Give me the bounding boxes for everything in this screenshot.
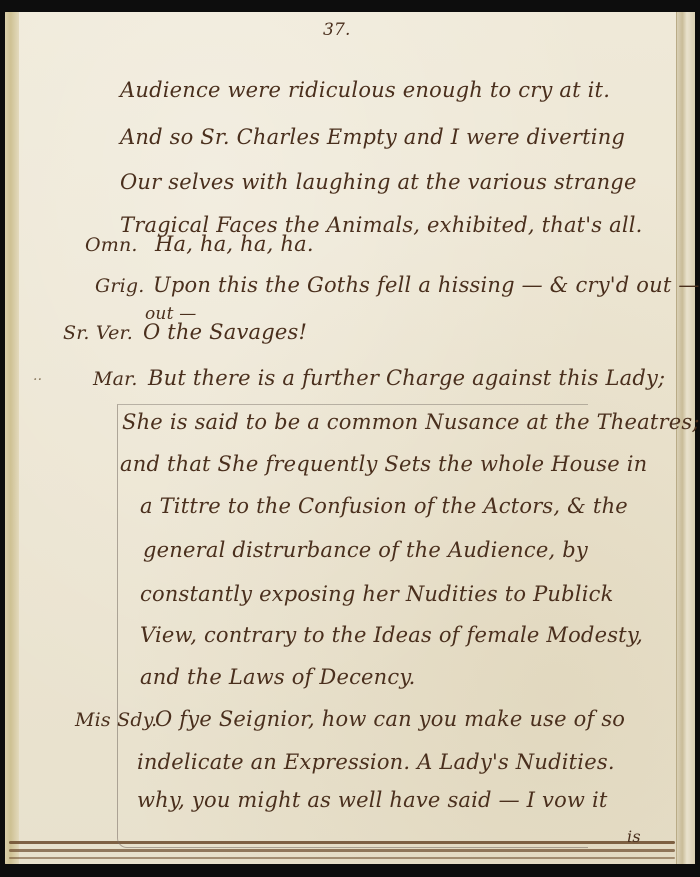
manuscript-line: Ha, ha, ha, ha. xyxy=(155,234,314,255)
page-binding-edge xyxy=(676,12,695,864)
speaker-label: Sr. Ver. xyxy=(63,322,133,344)
manuscript-line: Upon this the Goths fell a hissing — & c… xyxy=(153,275,700,296)
page-edge-line xyxy=(9,849,675,852)
manuscript-line: a Tittre to the Confusion of the Actors,… xyxy=(140,496,628,517)
manuscript-line: why, you might as well have said — I vow… xyxy=(137,790,608,811)
manuscript-page: 37. ·· Audience were ridiculous enough t… xyxy=(5,12,695,864)
manuscript-line: general distrurbance of the Audience, by xyxy=(143,540,588,561)
manuscript-line: Audience were ridiculous enough to cry a… xyxy=(120,80,610,101)
manuscript-line: indelicate an Expression. A Lady's Nudit… xyxy=(137,752,615,773)
speaker-label: Omn. xyxy=(85,234,138,256)
manuscript-line: O the Savages! xyxy=(143,322,307,343)
manuscript-line: View, contrary to the Ideas of female Mo… xyxy=(140,625,643,646)
manuscript-line: and the Laws of Decency. xyxy=(140,667,416,688)
manuscript-line: She is said to be a common Nusance at th… xyxy=(122,412,700,433)
manuscript-line: But there is a further Charge against th… xyxy=(148,368,665,389)
margin-mark: ·· xyxy=(33,372,42,388)
speaker-label: Mar. xyxy=(93,368,138,390)
catchword: is xyxy=(627,827,641,846)
speaker-label: Grig. xyxy=(95,275,145,297)
manuscript-line: O fye Seignior, how can you make use of … xyxy=(155,709,625,730)
speaker-label: Mis Sdy. xyxy=(75,709,157,731)
page-number: 37. xyxy=(323,20,351,40)
manuscript-line: And so Sr. Charles Empty and I were dive… xyxy=(120,127,625,148)
manuscript-scan: 37. ·· Audience were ridiculous enough t… xyxy=(0,0,700,877)
manuscript-line: Our selves with laughing at the various … xyxy=(120,172,637,193)
page-gutter-stain xyxy=(5,12,19,864)
page-edge-line xyxy=(9,857,675,859)
manuscript-line: constantly exposing her Nudities to Publ… xyxy=(140,584,614,605)
manuscript-line: and that She frequently Sets the whole H… xyxy=(120,454,647,475)
